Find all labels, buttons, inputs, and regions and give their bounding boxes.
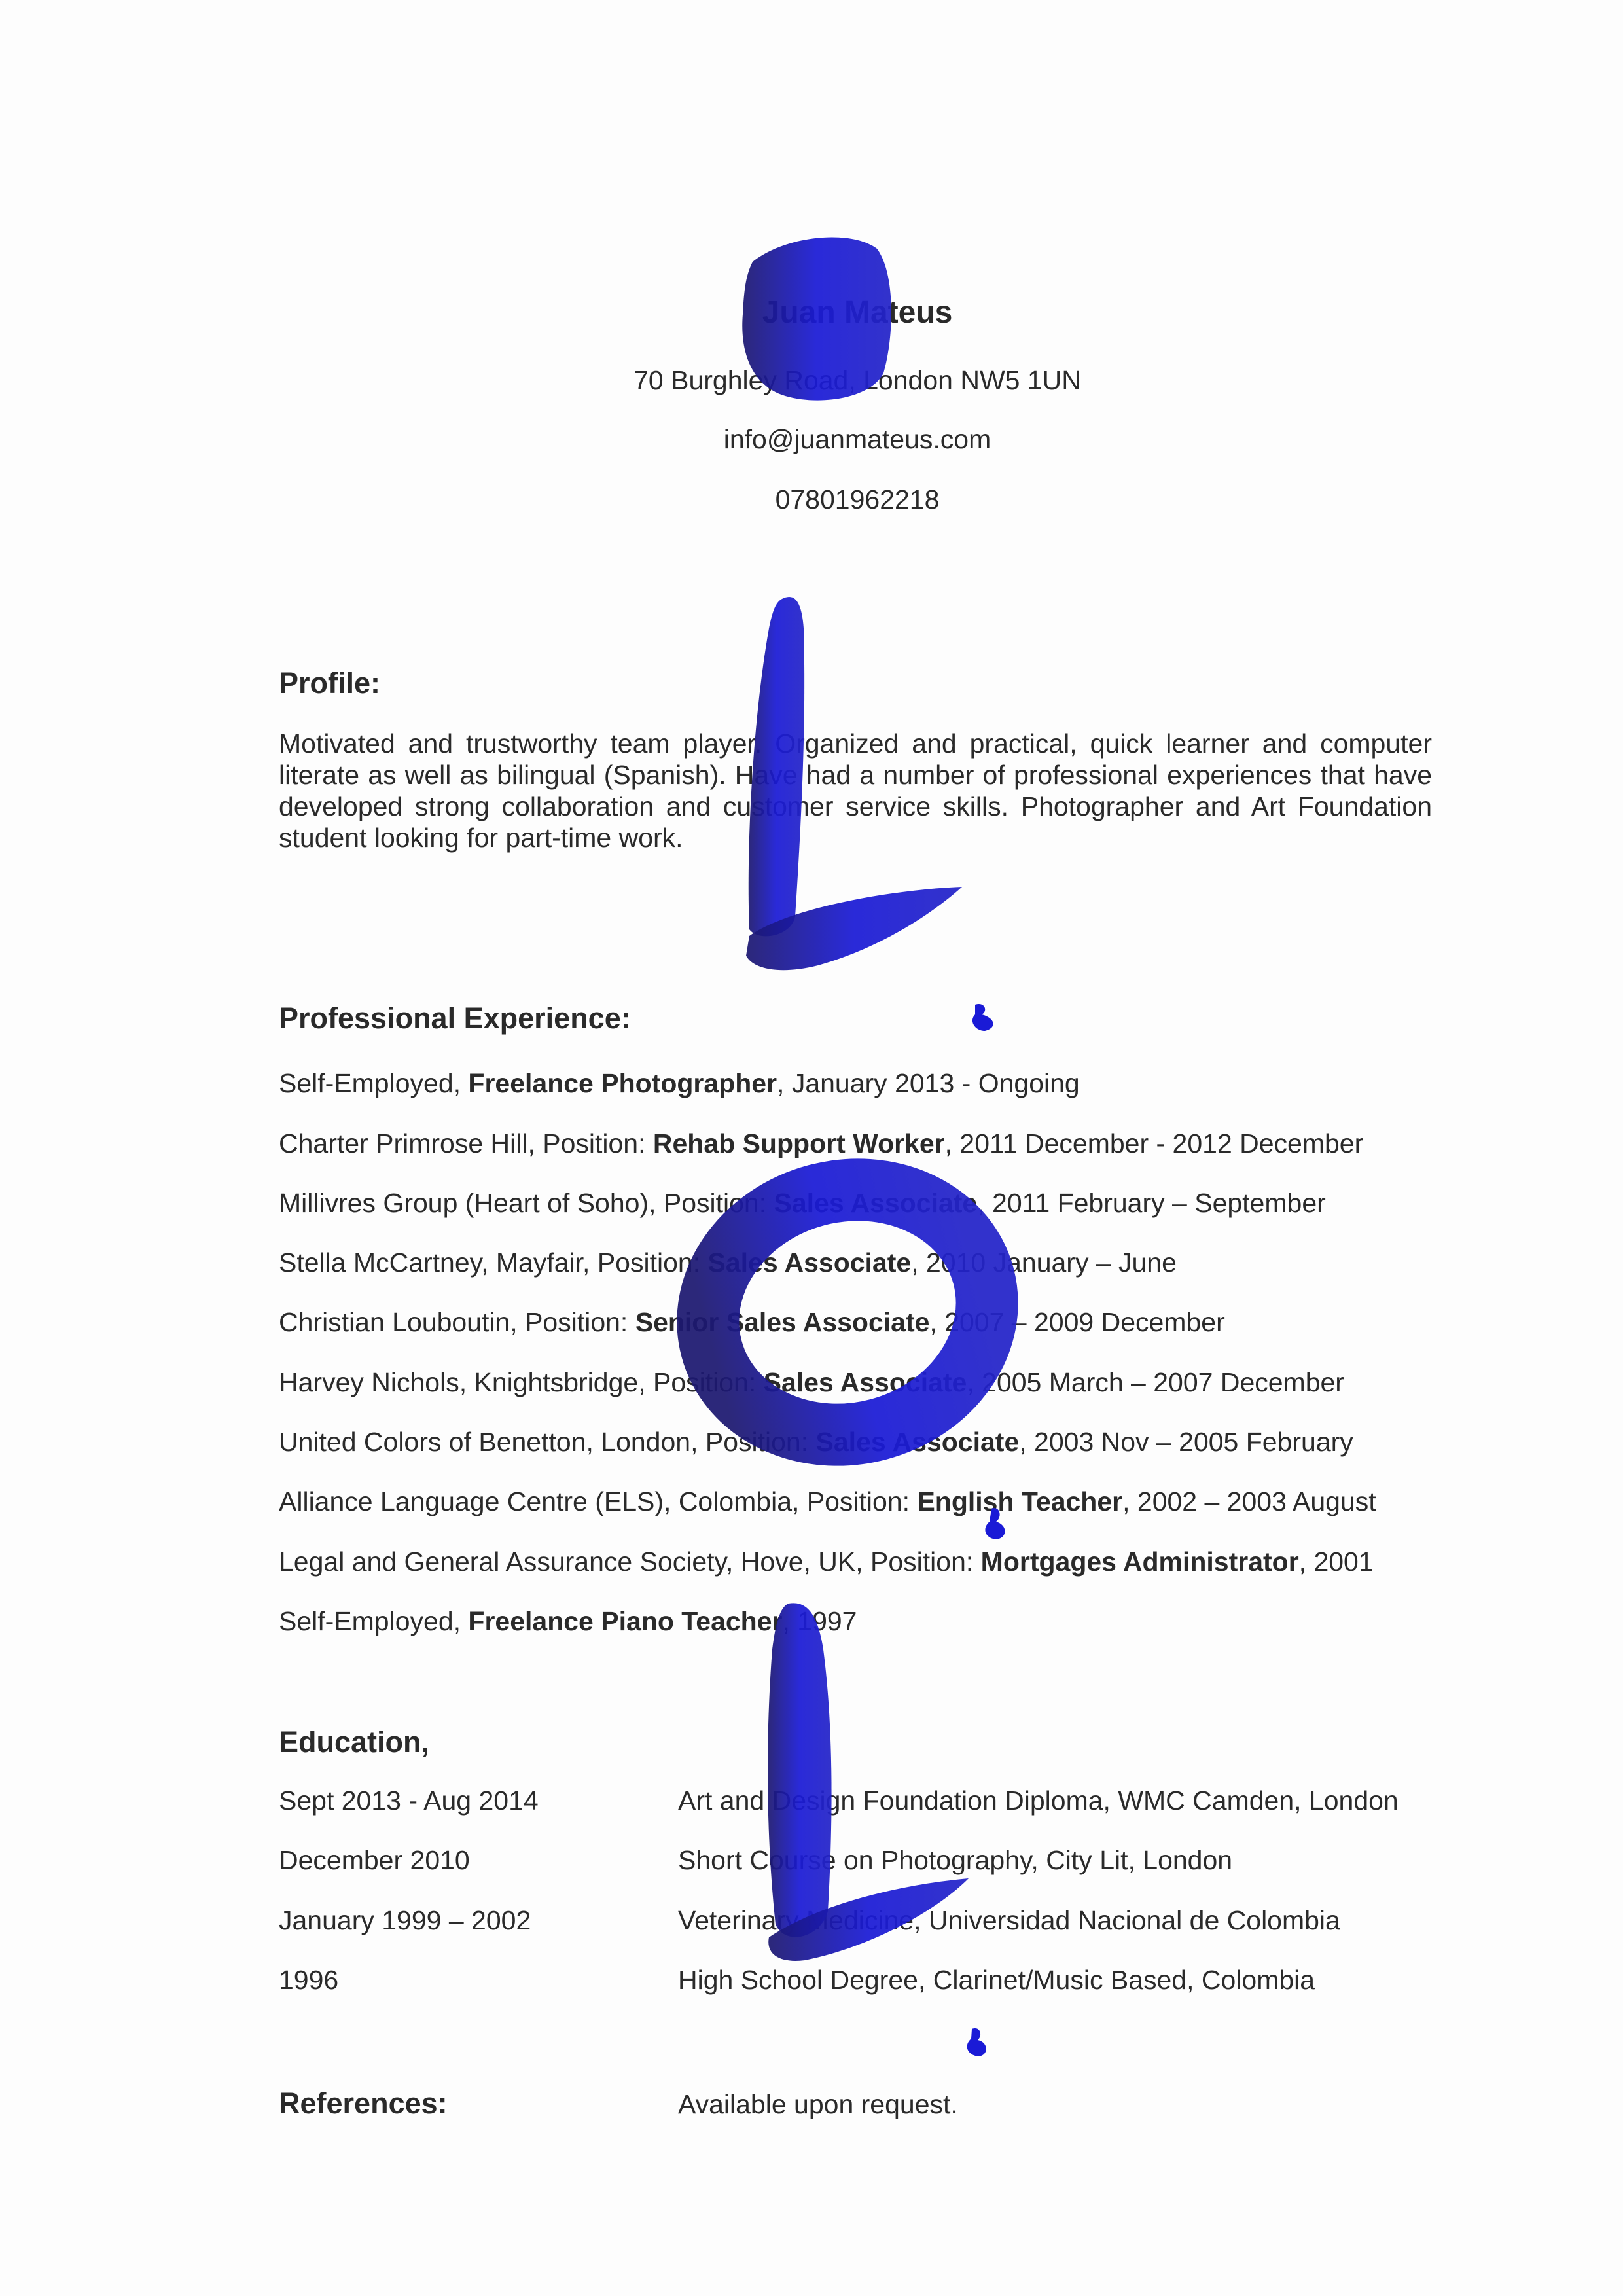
employer: Stella McCartney, Mayfair, Position:	[279, 1247, 707, 1278]
profile-text: Motivated and trustworthy team player. O…	[279, 728, 1432, 853]
employer: Legal and General Assurance Society, Hov…	[279, 1547, 981, 1577]
experience-item: Alliance Language Centre (ELS), Colombia…	[279, 1486, 1376, 1517]
position-title: Sales Associate	[707, 1247, 911, 1278]
employer: Millivres Group (Heart of Soho), Positio…	[279, 1188, 774, 1218]
employer: Self-Employed,	[279, 1068, 468, 1098]
dates: , 2011 February – September	[977, 1188, 1326, 1218]
position-title: Rehab Support Worker	[653, 1128, 945, 1158]
experience-item: United Colors of Benetton, London, Posit…	[279, 1427, 1353, 1458]
dates: , 2002 – 2003 August	[1122, 1486, 1376, 1516]
dates: , January 2013 - Ongoing	[777, 1068, 1080, 1098]
paint-stroke-vertical-2	[768, 1603, 832, 1937]
experience-item: Harvey Nichols, Knightsbridge, Position:…	[279, 1367, 1344, 1398]
position-title: Mortgages Administrator	[981, 1547, 1299, 1577]
position-title: Freelance Piano Teacher	[468, 1606, 782, 1636]
education-description: Veterinary Medicine, Universidad Naciona…	[678, 1905, 1340, 1936]
applicant-name: Juan Mateus	[0, 295, 1623, 331]
education-description: Short Course on Photography, City Lit, L…	[678, 1845, 1232, 1876]
experience-item: Millivres Group (Heart of Soho), Positio…	[279, 1188, 1326, 1219]
education-date: 1996	[279, 1965, 338, 1996]
dates: , 2005 March – 2007 December	[967, 1367, 1344, 1397]
position-title: Sales Associate	[764, 1367, 967, 1397]
education-description: Art and Design Foundation Diploma, WMC C…	[678, 1785, 1399, 1816]
paint-stroke-horizontal-1	[746, 887, 962, 970]
employer: Alliance Language Centre (ELS), Colombia…	[279, 1486, 917, 1516]
position-title: Senior Sales Associate	[635, 1307, 930, 1337]
experience-heading: Professional Experience:	[279, 1001, 631, 1035]
experience-item: Self-Employed, Freelance Piano Teacher, …	[279, 1606, 857, 1637]
dates: , 2011 December - 2012 December	[945, 1128, 1364, 1158]
dates: , 1997	[782, 1606, 857, 1636]
experience-item: Legal and General Assurance Society, Hov…	[279, 1547, 1374, 1577]
education-description: High School Degree, Clarinet/Music Based…	[678, 1965, 1315, 1996]
employer: Self-Employed,	[279, 1606, 468, 1636]
profile-heading: Profile:	[279, 666, 380, 700]
references-text: Available upon request.	[678, 2089, 958, 2120]
dates: , 2010 January – June	[911, 1247, 1177, 1278]
position-title: Sales Associate	[774, 1188, 978, 1218]
employer: Harvey Nichols, Knightsbridge, Position:	[279, 1367, 764, 1397]
address: 70 Burghley Road, London NW5 1UN	[0, 365, 1623, 396]
paint-dot-3	[967, 2028, 986, 2056]
dates: , 2001	[1299, 1547, 1374, 1577]
experience-item: Christian Louboutin, Position: Senior Sa…	[279, 1307, 1225, 1338]
phone: 07801962218	[0, 484, 1623, 515]
education-heading: Education,	[279, 1725, 429, 1759]
dates: , 2007 – 2009 December	[929, 1307, 1224, 1337]
employer: Charter Primrose Hill, Position:	[279, 1128, 653, 1158]
position-title: English Teacher	[917, 1486, 1122, 1516]
experience-item: Stella McCartney, Mayfair, Position: Sal…	[279, 1247, 1177, 1278]
references-heading: References:	[279, 2087, 448, 2121]
education-date: January 1999 – 2002	[279, 1905, 531, 1936]
employer: Christian Louboutin, Position:	[279, 1307, 635, 1337]
email: info@juanmateus.com	[0, 424, 1623, 455]
experience-item: Charter Primrose Hill, Position: Rehab S…	[279, 1128, 1363, 1159]
position-title: Freelance Photographer	[468, 1068, 777, 1098]
education-date: Sept 2013 - Aug 2014	[279, 1785, 539, 1816]
experience-item: Self-Employed, Freelance Photographer, J…	[279, 1068, 1080, 1099]
paint-dot-1	[972, 1004, 993, 1031]
employer: United Colors of Benetton, London, Posit…	[279, 1427, 816, 1457]
dates: , 2003 Nov – 2005 February	[1019, 1427, 1353, 1457]
education-date: December 2010	[279, 1845, 470, 1876]
position-title: Sales Associate	[816, 1427, 1020, 1457]
